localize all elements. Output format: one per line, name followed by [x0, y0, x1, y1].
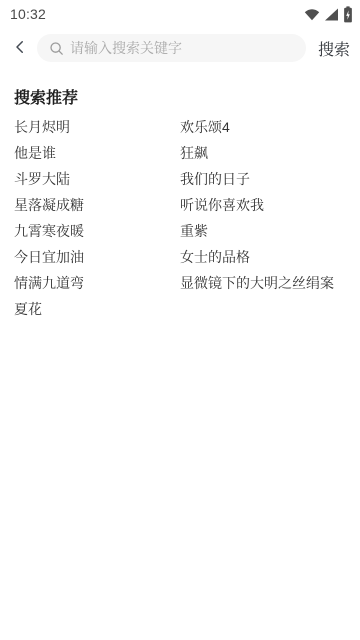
content: 搜索推荐 长月烬明欢乐颂4他是谁狂飙斗罗大陆我们的日子星落凝成糖听说你喜欢我九霄…: [0, 89, 360, 322]
suggestion-item[interactable]: 我们的日子: [180, 166, 346, 192]
search-button[interactable]: 搜索: [316, 35, 352, 62]
battery-charging-icon: [343, 6, 353, 23]
suggestion-item[interactable]: 夏花: [14, 296, 180, 322]
suggestion-item[interactable]: 重紫: [180, 218, 346, 244]
search-bar: 搜索: [0, 28, 360, 68]
suggestion-item[interactable]: 狂飙: [180, 140, 346, 166]
status-bar: 10:32: [0, 0, 360, 28]
search-page: 10:32: [0, 0, 360, 640]
search-input[interactable]: [70, 40, 294, 56]
search-suggestions-grid: 长月烬明欢乐颂4他是谁狂飙斗罗大陆我们的日子星落凝成糖听说你喜欢我九霄寒夜暖重紫…: [14, 114, 346, 322]
suggestion-item[interactable]: 显微镜下的大明之丝绢案: [180, 270, 346, 296]
clock: 10:32: [10, 6, 46, 22]
chevron-left-icon: [11, 38, 29, 59]
wifi-icon: [304, 8, 320, 21]
suggestion-item[interactable]: 女士的品格: [180, 244, 346, 270]
section-title: 搜索推荐: [14, 89, 346, 109]
search-field[interactable]: [37, 34, 306, 62]
suggestion-item[interactable]: 今日宜加油: [14, 244, 180, 270]
suggestion-item[interactable]: 长月烬明: [14, 114, 180, 140]
suggestion-item[interactable]: 情满九道弯: [14, 270, 180, 296]
magnifier-icon: [49, 41, 64, 56]
suggestion-item[interactable]: 九霄寒夜暖: [14, 218, 180, 244]
suggestion-item[interactable]: 星落凝成糖: [14, 192, 180, 218]
suggestion-item[interactable]: 听说你喜欢我: [180, 192, 346, 218]
status-icons: [304, 6, 353, 23]
suggestion-item[interactable]: 斗罗大陆: [14, 166, 180, 192]
back-button[interactable]: [5, 33, 35, 63]
cellular-signal-icon: [324, 8, 339, 21]
suggestion-item[interactable]: 他是谁: [14, 140, 180, 166]
suggestion-item[interactable]: 欢乐颂4: [180, 114, 346, 140]
